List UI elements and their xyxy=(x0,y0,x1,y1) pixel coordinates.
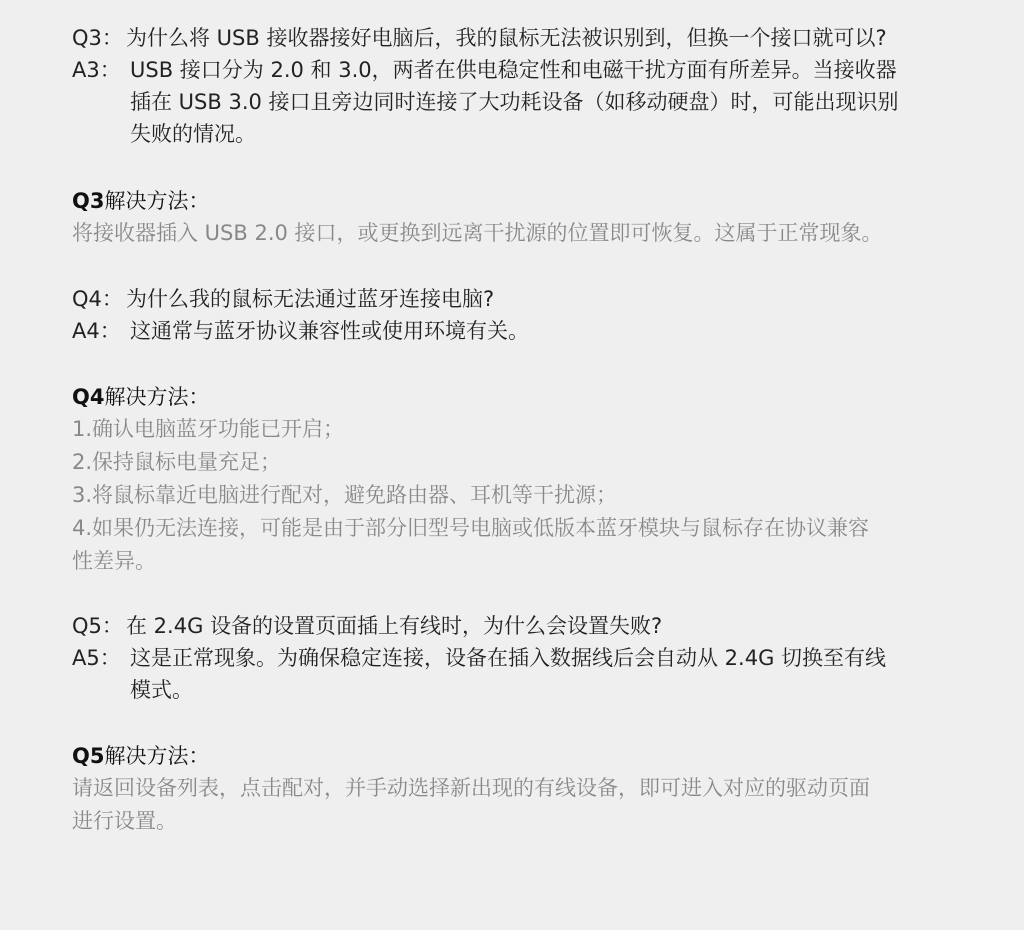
answer-line: USB 接口分为 2.0 和 3.0，两者在供电稳定性和电磁干扰方面有所差异。当… xyxy=(130,54,972,86)
solution-title-suffix: 解决方法： xyxy=(104,385,209,409)
answer-row: A4： 这通常与蓝牙协议兼容性或使用环境有关。 xyxy=(72,315,972,347)
answer-text: 这通常与蓝牙协议兼容性或使用环境有关。 xyxy=(130,315,972,347)
question-text: 在 2.4G 设备的设置页面插上有线时，为什么会设置失败? xyxy=(126,610,972,642)
faq-page: Q3： 为什么将 USB 接收器接好电脑后，我的鼠标无法被识别到，但换一个接口就… xyxy=(0,0,1024,930)
solution-title-prefix: Q3 xyxy=(72,189,104,213)
question-row: Q4： 为什么我的鼠标无法通过蓝牙连接电脑? xyxy=(72,283,972,315)
solution-title: Q5解决方法： xyxy=(72,740,972,772)
solution-title: Q4解决方法： xyxy=(72,381,972,413)
question-label: Q5： xyxy=(72,610,126,642)
solution-line: 进行设置。 xyxy=(72,805,972,838)
question-text: 为什么将 USB 接收器接好电脑后，我的鼠标无法被识别到，但换一个接口就可以? xyxy=(126,22,972,54)
answer-line: 这通常与蓝牙协议兼容性或使用环境有关。 xyxy=(130,315,972,347)
solution-line: 1.确认电脑蓝牙功能已开启； xyxy=(72,413,972,446)
question-label: Q3： xyxy=(72,22,126,54)
solution-line: 将接收器插入 USB 2.0 接口，或更换到远离干扰源的位置即可恢复。这属于正常… xyxy=(72,217,972,250)
question-text: 为什么我的鼠标无法通过蓝牙连接电脑? xyxy=(126,283,972,315)
answer-row: A5： 这是正常现象。为确保稳定连接，设备在插入数据线后会自动从 2.4G 切换… xyxy=(72,642,972,706)
question-label: Q4： xyxy=(72,283,126,315)
faq-q5-block: Q5： 在 2.4G 设备的设置页面插上有线时，为什么会设置失败? A5： 这是… xyxy=(72,610,972,706)
answer-row: A3： USB 接口分为 2.0 和 3.0，两者在供电稳定性和电磁干扰方面有所… xyxy=(72,54,972,150)
answer-text: 这是正常现象。为确保稳定连接，设备在插入数据线后会自动从 2.4G 切换至有线 … xyxy=(130,642,972,706)
faq-q3-block: Q3： 为什么将 USB 接收器接好电脑后，我的鼠标无法被识别到，但换一个接口就… xyxy=(72,22,972,150)
answer-line: 模式。 xyxy=(130,674,972,706)
solution-title-suffix: 解决方法： xyxy=(104,744,209,768)
solution-title: Q3解决方法： xyxy=(72,185,972,217)
solution-line: 请返回设备列表，点击配对，并手动选择新出现的有线设备，即可进入对应的驱动页面 xyxy=(72,772,972,805)
faq-q5-solution: Q5解决方法： 请返回设备列表，点击配对，并手动选择新出现的有线设备，即可进入对… xyxy=(72,740,972,838)
solution-title-suffix: 解决方法： xyxy=(104,189,209,213)
faq-q4-solution: Q4解决方法： 1.确认电脑蓝牙功能已开启； 2.保持鼠标电量充足； 3.将鼠标… xyxy=(72,381,972,578)
answer-label: A3： xyxy=(72,54,130,86)
solution-line: 4.如果仍无法连接，可能是由于部分旧型号电脑或低版本蓝牙模块与鼠标存在协议兼容 xyxy=(72,512,972,545)
solution-title-prefix: Q4 xyxy=(72,385,104,409)
question-row: Q5： 在 2.4G 设备的设置页面插上有线时，为什么会设置失败? xyxy=(72,610,972,642)
answer-label: A5： xyxy=(72,642,130,674)
answer-line: 这是正常现象。为确保稳定连接，设备在插入数据线后会自动从 2.4G 切换至有线 xyxy=(130,642,972,674)
solution-line: 3.将鼠标靠近电脑进行配对，避免路由器、耳机等干扰源； xyxy=(72,479,972,512)
answer-line: 插在 USB 3.0 接口且旁边同时连接了大功耗设备（如移动硬盘）时，可能出现识… xyxy=(130,86,972,118)
answer-label: A4： xyxy=(72,315,130,347)
solution-title-prefix: Q5 xyxy=(72,744,104,768)
faq-q4-block: Q4： 为什么我的鼠标无法通过蓝牙连接电脑? A4： 这通常与蓝牙协议兼容性或使… xyxy=(72,283,972,347)
answer-line: 失败的情况。 xyxy=(130,118,972,150)
answer-text: USB 接口分为 2.0 和 3.0，两者在供电稳定性和电磁干扰方面有所差异。当… xyxy=(130,54,972,150)
solution-line: 2.保持鼠标电量充足； xyxy=(72,446,972,479)
solution-line: 性差异。 xyxy=(72,545,972,578)
question-row: Q3： 为什么将 USB 接收器接好电脑后，我的鼠标无法被识别到，但换一个接口就… xyxy=(72,22,972,54)
faq-q3-solution: Q3解决方法： 将接收器插入 USB 2.0 接口，或更换到远离干扰源的位置即可… xyxy=(72,185,972,250)
